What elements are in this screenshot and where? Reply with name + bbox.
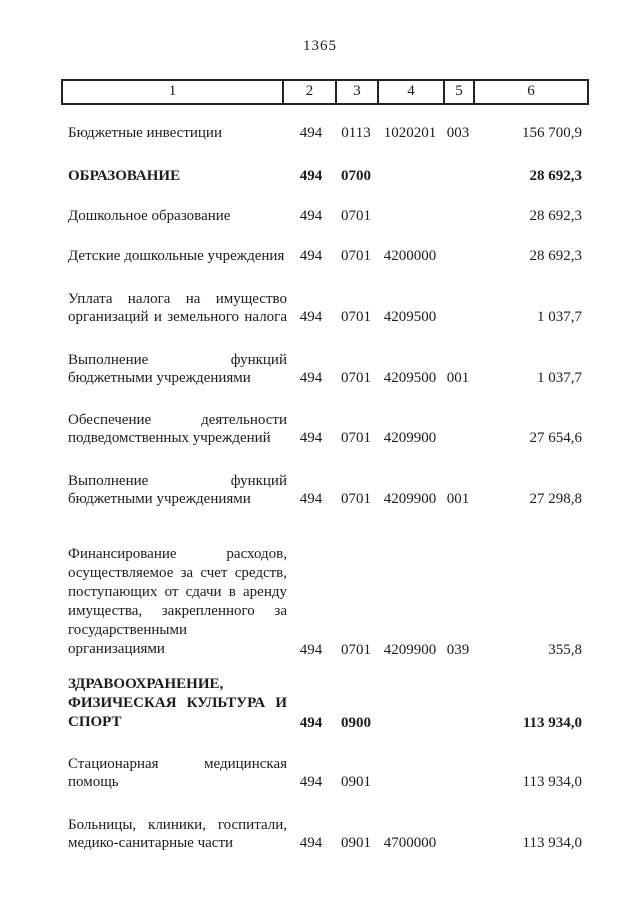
cell-expense-type-code: 003	[443, 124, 473, 142]
cell-amount: 355,8	[473, 641, 582, 659]
cell-amount: 27 298,8	[473, 490, 582, 508]
cell-grbs-code: 494	[287, 207, 335, 225]
row-label: ОБРАЗОВАНИЕ	[68, 167, 287, 185]
cell-grbs-code: 494	[287, 124, 335, 142]
cell-amount: 28 692,3	[473, 247, 582, 265]
cell-grbs-code: 494	[287, 369, 335, 387]
table-row: Выполнение функций бюджетными учреждения…	[68, 472, 582, 508]
row-label: ЗДРАВООХРАНЕНИЕ, ФИЗИЧЕСКАЯ КУЛЬТУРА И С…	[68, 675, 287, 732]
table-row: Финансирование расходов, осуществляемое …	[68, 545, 582, 659]
cell-section-code: 0113	[335, 124, 377, 142]
cell-grbs-code: 494	[287, 429, 335, 447]
row-label-line: бюджетными учреждениями	[68, 369, 287, 387]
row-label-line: помощь	[68, 773, 287, 791]
table-row: Бюджетные инвестиции 494 0113 1020201 00…	[68, 124, 582, 142]
table-row: Детские дошкольные учреждения 494 0701 4…	[68, 247, 582, 265]
row-label: Больницы, клиники, госпитали, медико-сан…	[68, 816, 287, 852]
column-header-3: 3	[335, 81, 377, 103]
cell-amount: 28 692,3	[473, 207, 582, 225]
cell-article-code: 4209900	[377, 641, 443, 659]
table-row: Уплата налога на имущество организаций и…	[68, 290, 582, 326]
row-label-line: ЗДРАВООХРАНЕНИЕ,	[68, 675, 287, 694]
cell-section-code: 0701	[335, 429, 377, 447]
cell-section-code: 0701	[335, 490, 377, 508]
cell-section-code: 0701	[335, 641, 377, 659]
cell-article-code: 4209900	[377, 490, 443, 508]
row-label-line: осуществляемое за счет средств,	[68, 564, 287, 583]
cell-amount: 113 934,0	[473, 834, 582, 852]
cell-expense-type-code: 001	[443, 490, 473, 508]
cell-article-code: 4700000	[377, 834, 443, 852]
row-label-line: Детские дошкольные учреждения	[68, 247, 287, 265]
column-header-5: 5	[443, 81, 473, 103]
table-row: Выполнение функций бюджетными учреждения…	[68, 351, 582, 387]
row-label-line: Бюджетные инвестиции	[68, 124, 287, 142]
cell-grbs-code: 494	[287, 773, 335, 791]
cell-article-code: 4209500	[377, 369, 443, 387]
row-label-line: бюджетными учреждениями	[68, 490, 287, 508]
row-label-line: подведомственных учреждений	[68, 429, 287, 447]
row-label: Финансирование расходов, осуществляемое …	[68, 545, 287, 659]
column-header-2: 2	[282, 81, 335, 103]
table-row: ОБРАЗОВАНИЕ 494 0700 28 692,3	[68, 167, 582, 185]
table-row: Дошкольное образование 494 0701 28 692,3	[68, 207, 582, 225]
cell-expense-type-code: 039	[443, 641, 473, 659]
column-header-4: 4	[377, 81, 443, 103]
row-label: Уплата налога на имущество организаций и…	[68, 290, 287, 326]
cell-expense-type-code: 001	[443, 369, 473, 387]
row-label-line: поступающих от сдачи в аренду	[68, 583, 287, 602]
row-label: Выполнение функций бюджетными учреждения…	[68, 351, 287, 387]
row-label-line: Стационарная медицинская	[68, 755, 287, 773]
column-header-1: 1	[63, 81, 282, 103]
cell-section-code: 0901	[335, 773, 377, 791]
row-label: Стационарная медицинская помощь	[68, 755, 287, 791]
table-row: Обеспечение деятельности подведомственны…	[68, 411, 582, 447]
row-label: Детские дошкольные учреждения	[68, 247, 287, 265]
row-label-line: Выполнение функций	[68, 351, 287, 369]
cell-amount: 1 037,7	[473, 308, 582, 326]
cell-grbs-code: 494	[287, 247, 335, 265]
table-column-header: 1 2 3 4 5 6	[61, 79, 589, 105]
cell-grbs-code: 494	[287, 714, 335, 732]
cell-section-code: 0700	[335, 167, 377, 185]
cell-grbs-code: 494	[287, 167, 335, 185]
row-label-line: государственными	[68, 621, 287, 640]
cell-article-code: 4209900	[377, 429, 443, 447]
row-label-line: Больницы, клиники, госпитали,	[68, 816, 287, 834]
row-label-line: Выполнение функций	[68, 472, 287, 490]
cell-section-code: 0701	[335, 369, 377, 387]
cell-section-code: 0701	[335, 247, 377, 265]
row-label-line: Обеспечение деятельности	[68, 411, 287, 429]
column-header-6: 6	[473, 81, 587, 103]
table-row: ЗДРАВООХРАНЕНИЕ, ФИЗИЧЕСКАЯ КУЛЬТУРА И С…	[68, 675, 582, 732]
cell-section-code: 0701	[335, 308, 377, 326]
row-label-line: Дошкольное образование	[68, 207, 287, 225]
row-label: Бюджетные инвестиции	[68, 124, 287, 142]
row-label-line: организациями	[68, 640, 287, 659]
cell-section-code: 0900	[335, 714, 377, 732]
row-label-line: имущества, закрепленного за	[68, 602, 287, 621]
cell-amount: 1 037,7	[473, 369, 582, 387]
cell-section-code: 0901	[335, 834, 377, 852]
cell-section-code: 0701	[335, 207, 377, 225]
cell-amount: 28 692,3	[473, 167, 582, 185]
row-label: Обеспечение деятельности подведомственны…	[68, 411, 287, 447]
cell-grbs-code: 494	[287, 834, 335, 852]
page-number: 1365	[0, 38, 640, 55]
cell-amount: 156 700,9	[473, 124, 582, 142]
row-label-line: Уплата налога на имущество	[68, 290, 287, 308]
row-label-line: ФИЗИЧЕСКАЯ КУЛЬТУРА И	[68, 694, 287, 713]
cell-grbs-code: 494	[287, 308, 335, 326]
budget-table-body: Бюджетные инвестиции 494 0113 1020201 00…	[68, 120, 582, 852]
row-label-line: медико-санитарные части	[68, 834, 287, 852]
row-label-line: организаций и земельного налога	[68, 308, 287, 326]
table-row: Больницы, клиники, госпитали, медико-сан…	[68, 816, 582, 852]
cell-grbs-code: 494	[287, 641, 335, 659]
row-label: Выполнение функций бюджетными учреждения…	[68, 472, 287, 508]
cell-amount: 113 934,0	[473, 773, 582, 791]
cell-article-code: 4209500	[377, 308, 443, 326]
table-row: Стационарная медицинская помощь 494 0901…	[68, 755, 582, 791]
row-label-line: Финансирование расходов,	[68, 545, 287, 564]
row-label: Дошкольное образование	[68, 207, 287, 225]
cell-grbs-code: 494	[287, 490, 335, 508]
cell-article-code: 1020201	[377, 124, 443, 142]
cell-amount: 113 934,0	[473, 714, 582, 732]
row-label-line: СПОРТ	[68, 713, 287, 732]
cell-amount: 27 654,6	[473, 429, 582, 447]
cell-article-code: 4200000	[377, 247, 443, 265]
row-label-line: ОБРАЗОВАНИЕ	[68, 167, 287, 185]
